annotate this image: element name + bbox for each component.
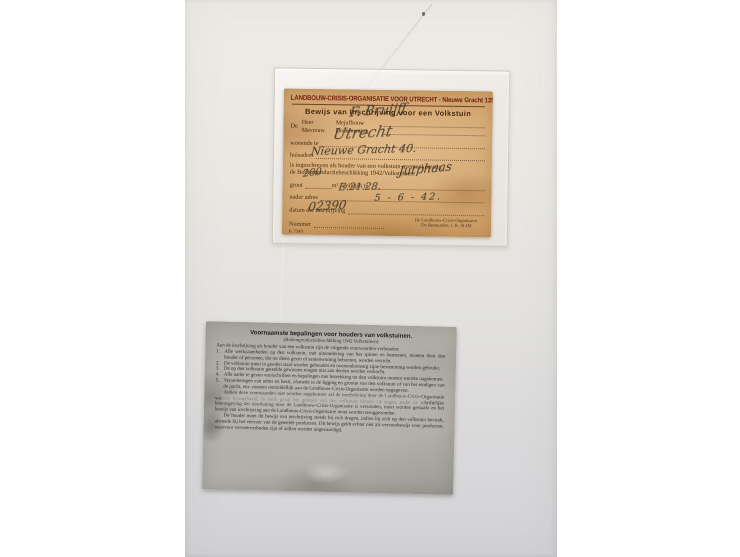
card-footer: Nummer De Landbouw-Crisis-Organisatie. D… (289, 216, 484, 230)
writing-line (321, 139, 485, 149)
dust-speck (422, 12, 425, 16)
number-row: Nummer (289, 219, 384, 228)
writing-line (316, 151, 485, 161)
card-title: Bewijs van Inschrijving voor een Volkstu… (291, 107, 486, 119)
address-label: huisadres (290, 152, 313, 159)
writing-line (314, 220, 384, 229)
regulations-body: Aan de inschrijving als houder van een v… (214, 343, 445, 436)
salutation-options: Heer Mejuffrouw Mevrouw Onderneming (302, 118, 486, 137)
clause-line2: de Bodemproductiebeschikking 1942/Volkst… (290, 169, 415, 178)
writing-line (321, 193, 485, 203)
nearer-address-label: nader adres (289, 194, 317, 201)
size-unit-label: m²., gelegen te (332, 182, 369, 190)
address-row: huisadres (290, 151, 485, 162)
salutation-onderneming: Onderneming (336, 128, 384, 135)
salutation-heer: Heer (302, 120, 336, 126)
date-row: datum der inschrijving (289, 205, 484, 216)
size-row: groot m²., gelegen te (290, 180, 485, 191)
issuer-signatory: De Bestuurder, J. K. SLIM (421, 224, 472, 230)
issuer-block: De Landbouw-Crisis-Organisatie. De Bestu… (415, 218, 485, 230)
light-stain (302, 461, 348, 484)
plastic-sleeve: LANDBOUW-CRISIS-ORGANISATIE VOOR UTRECHT… (272, 67, 510, 246)
number-label: Nummer (289, 220, 311, 227)
photo-of-documents: LANDBOUW-CRISIS-ORGANISATIE VOOR UTRECHT… (0, 0, 740, 557)
registration-card: LANDBOUW-CRISIS-ORGANISATIE VOOR UTRECHT… (282, 88, 493, 237)
item-number: 5. (215, 378, 223, 390)
writing-line (306, 180, 332, 188)
holder-name-block: De Heer Mejuffrouw Mevrouw Onderneming (290, 118, 485, 137)
writing-line (384, 127, 486, 136)
registration-clause: is ingeschreven als houder van een volks… (290, 162, 485, 179)
form-code: K 7349 (289, 229, 484, 237)
residence-row: wonende te (290, 138, 485, 149)
salutation-mevrouw: Mevrouw (302, 128, 336, 134)
salutation-prefix: De (290, 122, 298, 129)
writing-line (371, 181, 484, 191)
writing-line (348, 206, 484, 216)
size-label: groot (290, 181, 303, 188)
regulations-card: Voornaamste bepalingen voor houders van … (202, 321, 457, 495)
salutation-row: Mevrouw Onderneming (302, 126, 486, 137)
nearer-address-row: nader adres (289, 193, 484, 204)
salutation-mejuffrouw: Mejuffrouw (336, 120, 384, 127)
residence-label: wonende te (290, 139, 318, 146)
item-number: 1. (216, 349, 224, 361)
date-label: datum der inschrijving (289, 206, 345, 214)
